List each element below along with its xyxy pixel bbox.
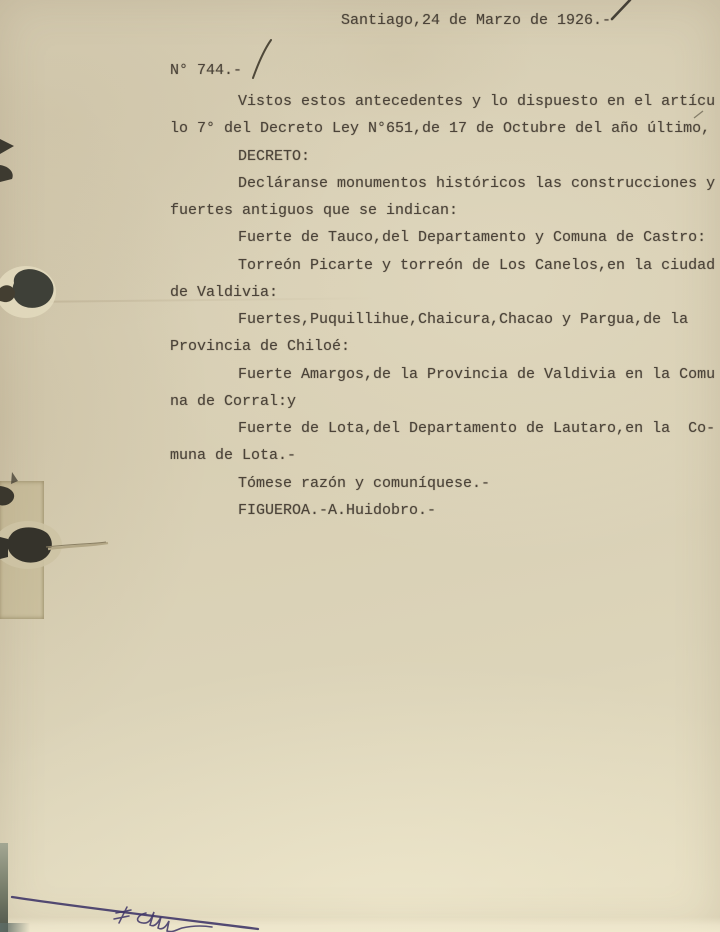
typewritten-line: fuertes antiguos que se indican:	[170, 197, 715, 224]
edge-tear-mark	[0, 139, 14, 154]
punch-hole-fragment	[0, 537, 8, 559]
typewritten-line: Fuerte Amargos,de la Provincia de Valdiv…	[170, 361, 715, 388]
typewritten-line: de Valdivia:	[170, 279, 715, 306]
pencil-slash-mark	[253, 40, 271, 78]
typewritten-line: Torreón Picarte y torreón de Los Canelos…	[170, 252, 715, 279]
typewritten-line: Fuertes,Puquillihue,Chaicura,Chacao y Pa…	[170, 306, 715, 333]
scanned-document-page: Santiago,24 de Marzo de 1926.- N° 744.- …	[0, 0, 720, 932]
signature-line: FIGUEROA.-A.Huidobro.-	[170, 497, 715, 524]
typewritten-line: na de Corral:y	[170, 388, 715, 415]
decree-body: Vistos estos antecedentes y lo dispuesto…	[170, 88, 715, 524]
dateline: Santiago,24 de Marzo de 1926.-	[341, 12, 611, 29]
typewritten-line: Vistos estos antecedentes y lo dispuesto…	[170, 88, 715, 115]
handwritten-ink-line	[12, 897, 258, 929]
edge-hole	[0, 486, 14, 505]
typewritten-line: muna de Lota.-	[170, 442, 715, 469]
typewritten-line: Provincia de Chiloé:	[170, 333, 715, 360]
handwritten-scribble	[114, 907, 131, 923]
typewritten-line: Tómese razón y comuníquese.-	[170, 470, 715, 497]
edge-tear-mark	[0, 165, 13, 182]
edge-tear-mark	[11, 472, 18, 484]
typewritten-line: lo 7° del Decreto Ley N°651,de 17 de Oct…	[170, 115, 715, 142]
typewritten-line: Fuerte de Tauco,del Departamento y Comun…	[170, 224, 715, 251]
document-number: N° 744.-	[170, 62, 242, 79]
typewritten-line: Fuerte de Lota,del Departamento de Lauta…	[170, 415, 715, 442]
typewritten-line: DECRETO:	[170, 143, 715, 170]
pencil-slash-mark	[612, 0, 630, 19]
typewritten-line: Decláranse monumentos históricos las con…	[170, 170, 715, 197]
